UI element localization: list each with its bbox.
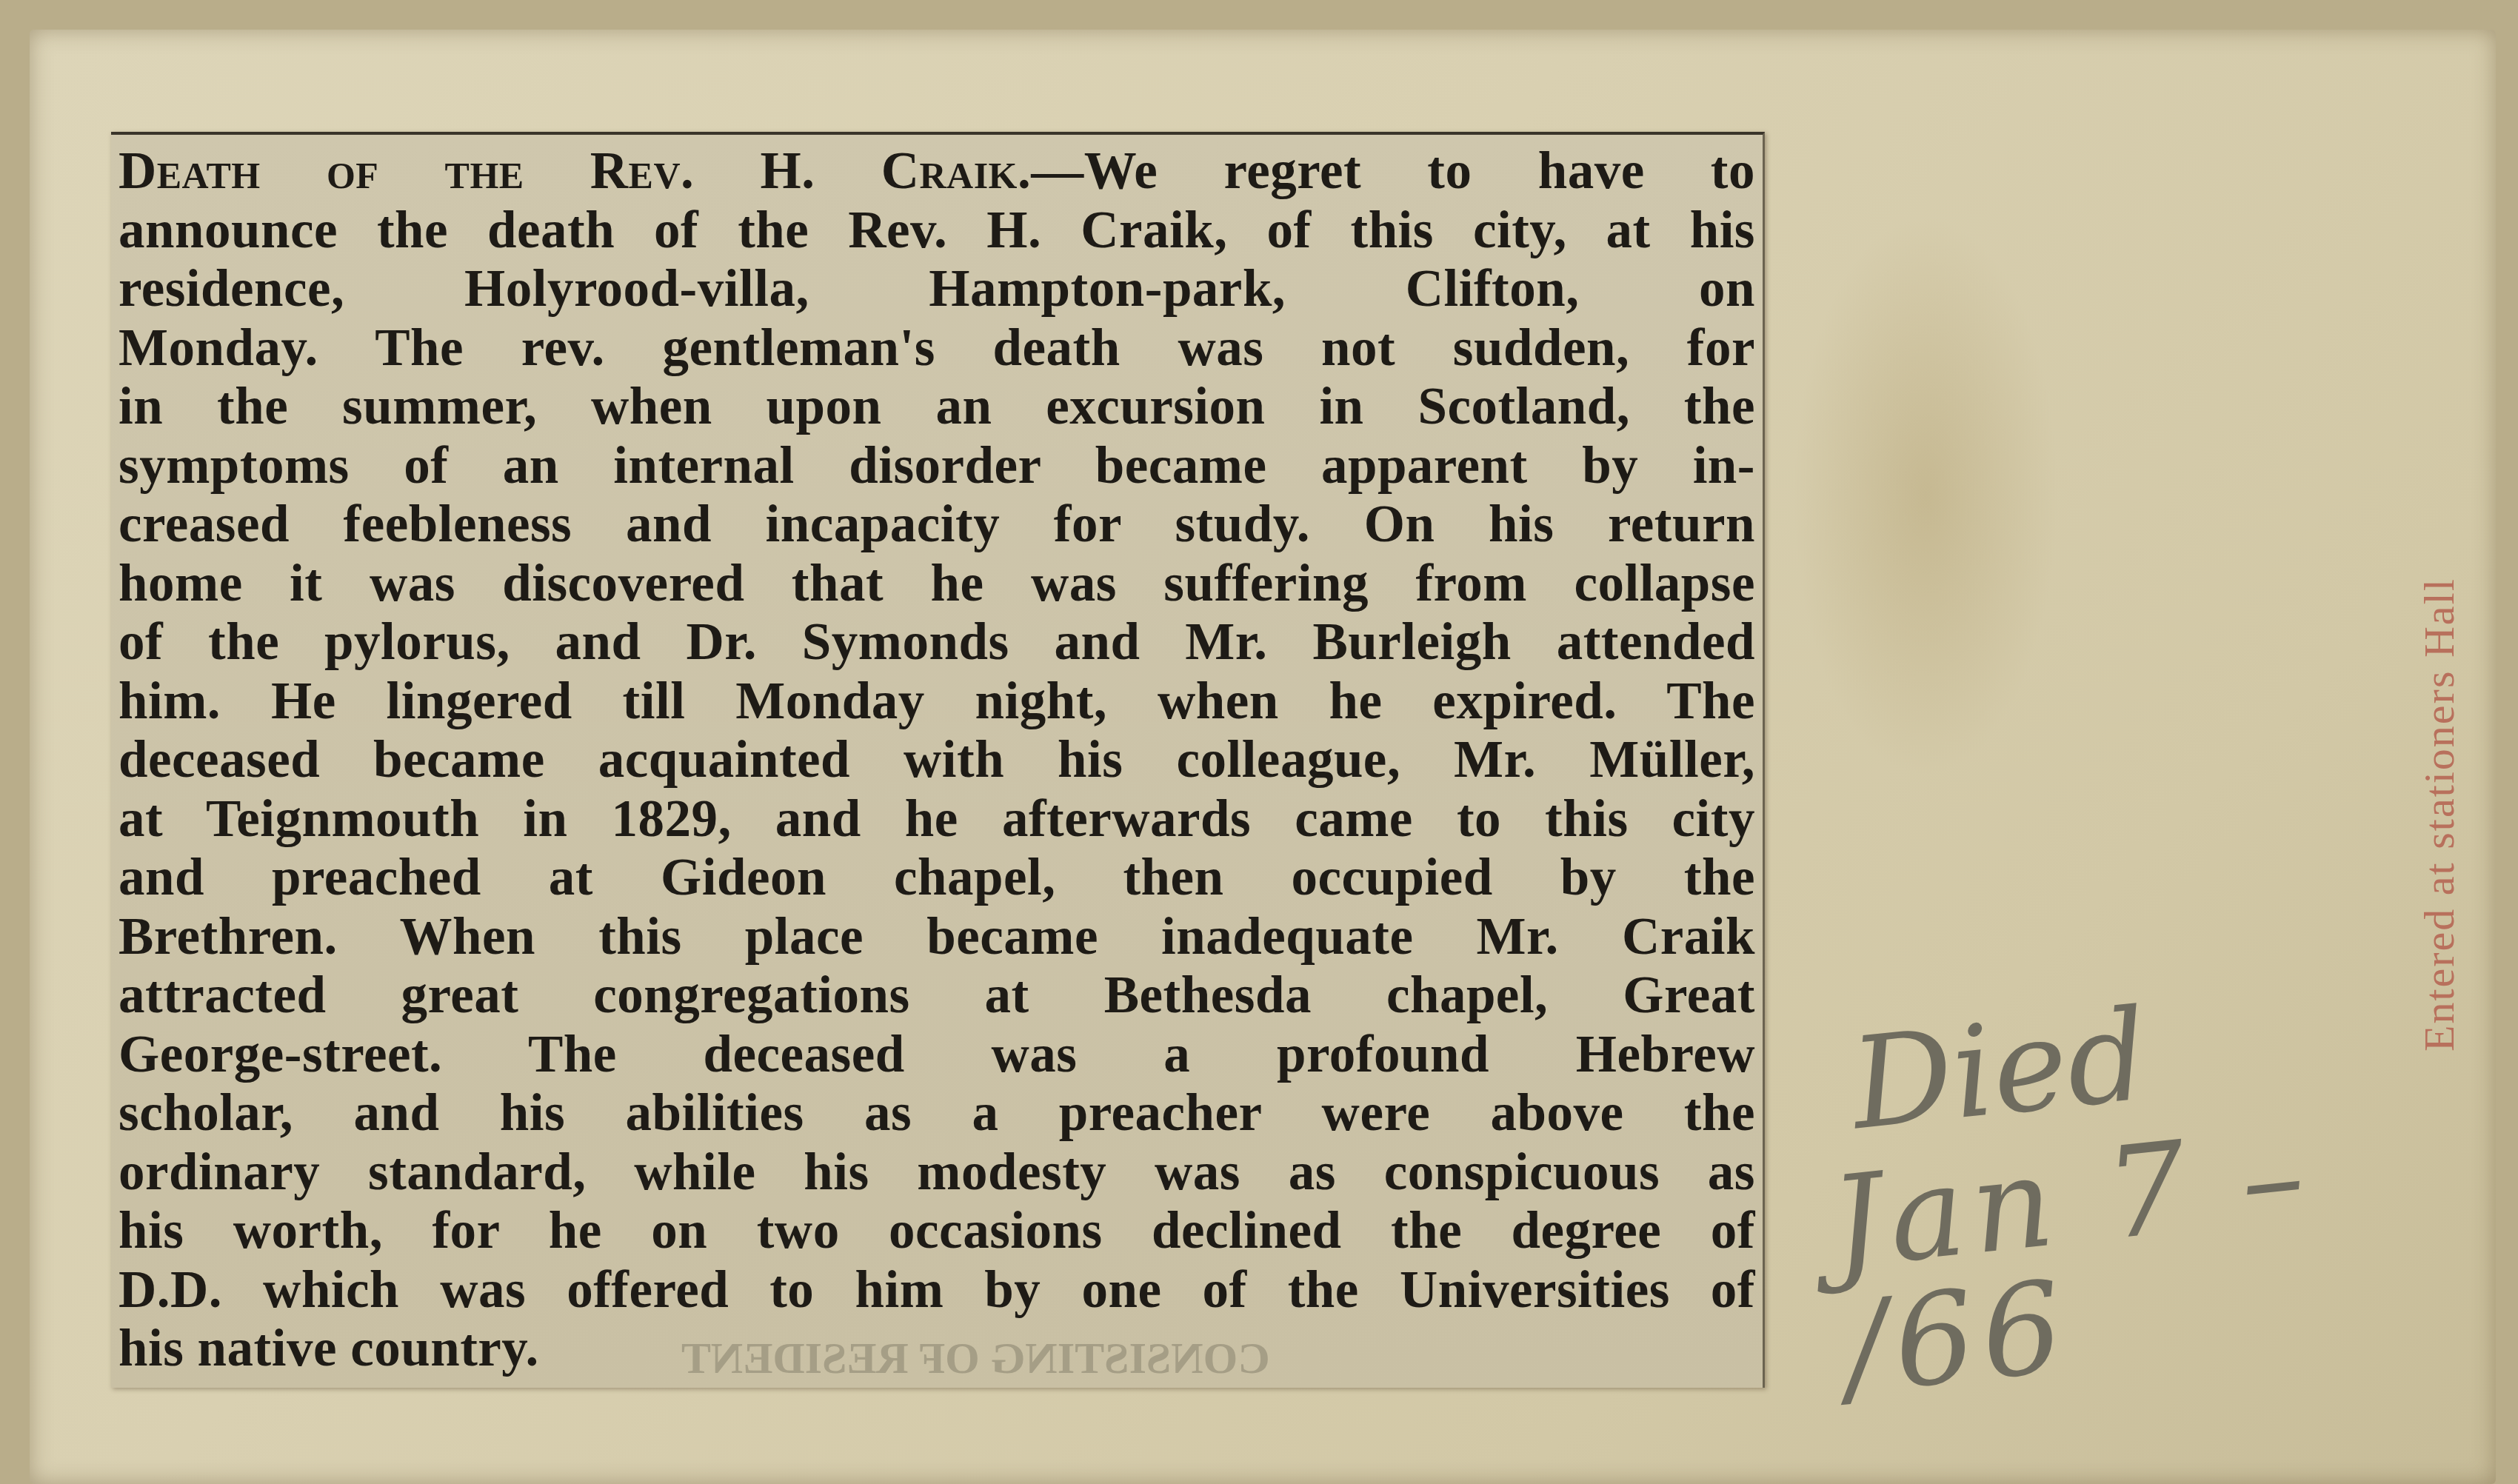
headline: Death of the Rev. H. Craik.: [118, 142, 1031, 200]
article-line: D.D. which was offered to him by one of …: [118, 1261, 1755, 1320]
article-line: and preached at Gideon chapel, then occu…: [118, 849, 1755, 908]
article-line: him. He lingered till Monday night, when…: [118, 672, 1755, 732]
article-line: announce the death of the Rev. H. Craik,…: [118, 201, 1755, 261]
newspaper-clipping: Death of the Rev. H. Craik.—We regret to…: [111, 132, 1765, 1388]
bleed-through-text: CONSISTING OF RESIDENT: [681, 1333, 1270, 1384]
article-line: Death of the Rev. H. Craik.—We regret to…: [118, 142, 1755, 201]
article-line: in the summer, when upon an excursion in…: [118, 378, 1755, 437]
article-line: George-street. The deceased was a profou…: [118, 1026, 1755, 1085]
article-line: his worth, for he on two occasions decli…: [118, 1202, 1755, 1261]
article-line: Monday. The rev. gentleman's death was n…: [118, 319, 1755, 378]
article-line: deceased became acquainted with his coll…: [118, 731, 1755, 790]
obituary-article: Death of the Rev. H. Craik.—We regret to…: [118, 142, 1755, 1379]
paper-stain: [1792, 215, 2059, 778]
article-line: attracted great congregations at Bethesd…: [118, 966, 1755, 1026]
article-line: Brethren. When this place became inadequ…: [118, 908, 1755, 967]
article-line: scholar, and his abilities as a preacher…: [118, 1084, 1755, 1143]
article-line: symptoms of an internal disorder became …: [118, 437, 1755, 496]
article-line: at Teignmouth in 1829, and he afterwards…: [118, 790, 1755, 849]
article-line: of the pylorus, and Dr. Symonds and Mr. …: [118, 613, 1755, 672]
article-line: ordinary standard, while his modesty was…: [118, 1143, 1755, 1203]
article-line: residence, Holyrood-villa, Hampton-park,…: [118, 260, 1755, 319]
article-line: home it was discovered that he was suffe…: [118, 555, 1755, 614]
article-line: creased feebleness and incapacity for st…: [118, 495, 1755, 555]
stationers-hall-stamp: Entered at stationers Hall: [2414, 578, 2464, 1052]
